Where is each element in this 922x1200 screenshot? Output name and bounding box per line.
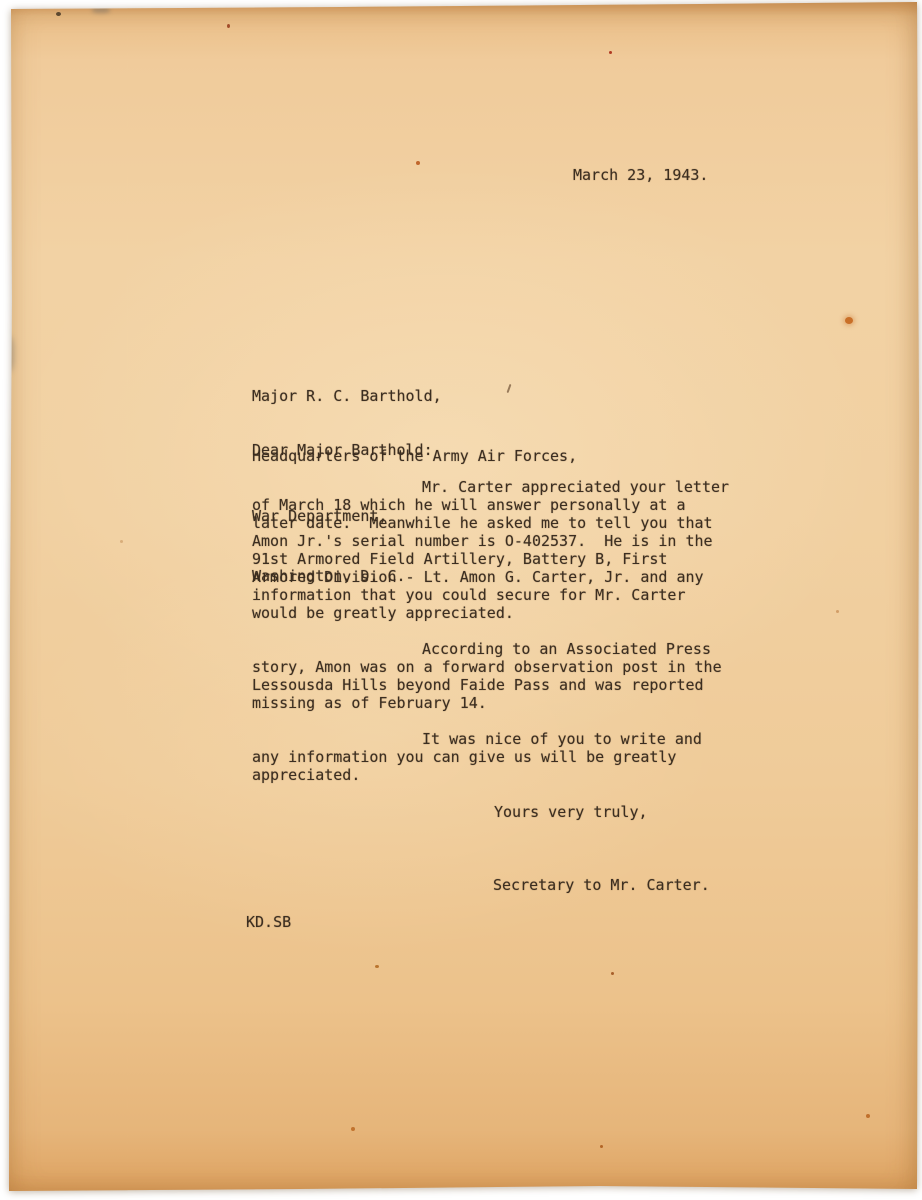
body-paragraph-2: According to an Associated Press story, … (252, 640, 722, 712)
date-line: March 23, 1943. (573, 166, 708, 184)
scanned-letter-page: March 23, 1943. Major R. C. Barthold, He… (0, 0, 922, 1200)
paper-surface: March 23, 1943. Major R. C. Barthold, He… (0, 0, 922, 1200)
salutation: Dear Major Barthold: (252, 441, 433, 459)
body-paragraph-1: Mr. Carter appreciated your letter of Ma… (252, 478, 729, 622)
body-paragraph-3: It was nice of you to write and any info… (252, 730, 702, 784)
signature-line: Secretary to Mr. Carter. (493, 876, 710, 894)
letter-body: March 23, 1943. Major R. C. Barthold, He… (0, 0, 922, 1200)
letter-paper: March 23, 1943. Major R. C. Barthold, He… (0, 0, 922, 1200)
recipient-line: Major R. C. Barthold, (252, 386, 577, 406)
typist-initials: KD.SB (246, 913, 291, 931)
closing-line: Yours very truly, (494, 803, 648, 821)
